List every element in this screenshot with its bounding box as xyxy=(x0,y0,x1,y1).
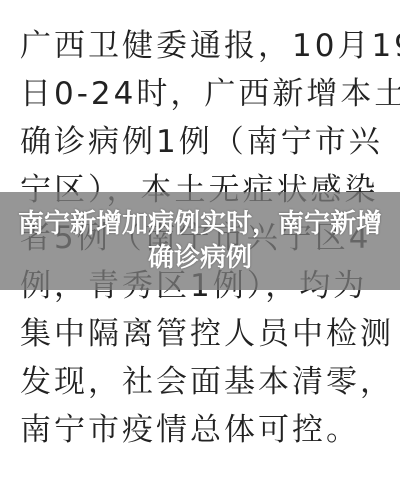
title-overlay-banner: 南宁新增加病例实时，南宁新增确诊病例 xyxy=(0,192,400,290)
article-line: 发现，社会面基本清零， xyxy=(20,358,390,406)
article-line: 日0-24时，广西新增本土 xyxy=(20,70,390,118)
article-line: 集中隔离管控人员中检测 xyxy=(20,310,390,358)
overlay-title: 南宁新增加病例实时，南宁新增确诊病例 xyxy=(15,207,385,275)
article-line: 确诊病例1例（南宁市兴 xyxy=(20,118,390,166)
article-line: 南宁市疫情总体可控。 xyxy=(20,406,390,454)
article-line: 广西卫健委通报，10月19 xyxy=(20,22,390,70)
